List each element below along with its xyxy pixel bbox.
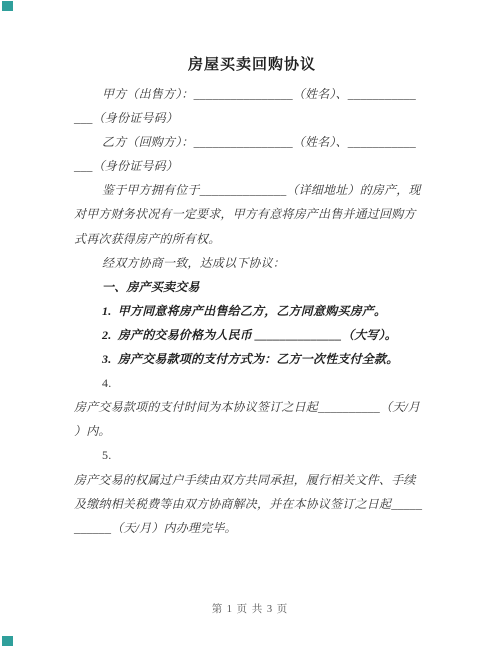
document-line: 乙方（回购方）：________________（姓名）、___________ [74,130,430,154]
document-line: 甲方（出售方）：________________（姓名）、___________ [74,82,430,106]
document-content: 房屋买卖回购协议 甲方（出售方）：________________（姓名）、__… [74,0,430,540]
document-line: ______（天/月）内办理完毕。 [74,516,430,540]
document-line: 及缴纳相关税费等由双方协商解决，并在本协议签订之日起_____ [74,492,430,516]
document-line: 4. [74,371,430,395]
document-line: ）内。 [74,419,430,443]
document-line: 2. 房产的交易价格为人民币 ______________（大写）。 [74,323,430,347]
document-line: 5. [74,443,430,467]
document-line: 1. 甲方同意将房产出售给乙方，乙方同意购买房产。 [74,299,430,323]
corner-marker-bottom [2,636,13,646]
document-line: 经双方协商一致，达成以下协议： [74,251,430,275]
document-line: 房产交易款项的支付时间为本协议签订之日起__________（天/月 [74,395,430,419]
document-line: 一、房产买卖交易 [74,275,430,299]
page-number-footer: 第 1 页 共 3 页 [0,603,500,617]
document-title: 房屋买卖回购协议 [74,55,430,75]
document-line: ___（身份证号码） [74,106,430,130]
document-line: ___（身份证号码） [74,154,430,178]
document-body: 甲方（出售方）：________________（姓名）、___________… [74,82,430,540]
document-line: 房产交易的权属过户手续由双方共同承担，履行相关文件、手续 [74,468,430,492]
document-line: 鉴于甲方拥有位于______________（详细地址）的房产，现 [74,178,430,202]
corner-marker-top [2,1,13,11]
document-page: 房屋买卖回购协议 甲方（出售方）：________________（姓名）、__… [0,0,500,647]
document-line: 对甲方财务状况有一定要求，甲方有意将房产出售并通过回购方 [74,202,430,226]
document-line: 式再次获得房产的所有权。 [74,227,430,251]
document-line: 3. 房产交易款项的支付方式为：乙方一次性支付全款。 [74,347,430,371]
